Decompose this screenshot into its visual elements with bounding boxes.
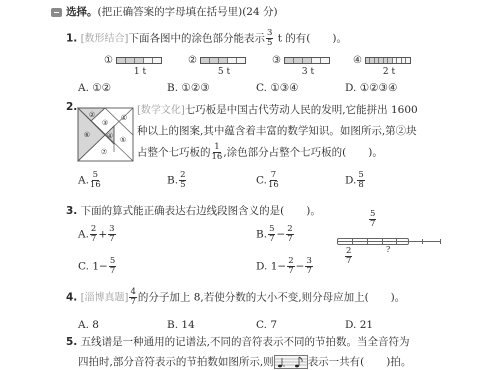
svg-text:②: ②	[89, 111, 95, 119]
figure-label: 5 t	[218, 67, 230, 77]
option-d[interactable]: D. 1−27−37	[256, 257, 314, 276]
option-a[interactable]: A. 8	[78, 319, 99, 331]
question-text: )。	[332, 33, 347, 45]
music-notes-icon	[274, 355, 308, 369]
option-b[interactable]: B.25	[167, 171, 187, 190]
question-5-line-2: 四拍时,部分音符表示的节拍数如图所示,则 表示一共有()拍。	[78, 354, 411, 369]
figure-marker: ④	[353, 55, 362, 66]
line-segment-diagram: 57 27 ?	[334, 210, 444, 265]
question-text: t 的有(	[274, 33, 310, 45]
section-badge	[51, 8, 62, 17]
svg-text:③: ③	[102, 119, 108, 127]
question-5-line-1: 5. 五线谱是一种通用的记谱法,不同的音符表示不同的节拍数。当全音符为	[66, 334, 409, 349]
option-b[interactable]: B.57−27	[256, 225, 295, 244]
question-1-stem: 1. [数形结合]下面各图中的涂色部分能表示35 t 的有()。	[66, 29, 347, 48]
bar-figure-3: ③ 3 t	[272, 55, 330, 77]
bar-figure-1: ① 1 t	[104, 55, 162, 77]
question-2-line-3: 占整个七巧板的116,涂色部分占整个七巧板的()。	[137, 143, 383, 162]
fraction: 116	[212, 143, 223, 162]
fraction: 35	[266, 29, 273, 48]
option-d[interactable]: D. 21	[345, 319, 373, 331]
bar-diagram	[116, 57, 162, 64]
option-b[interactable]: B. 14	[167, 319, 195, 331]
bar-diagram	[200, 57, 246, 64]
figure-marker: ③	[272, 55, 281, 66]
option-a[interactable]: A.27+37	[78, 225, 117, 244]
bar-diagram	[284, 57, 330, 64]
option-c[interactable]: C. 7	[256, 319, 277, 331]
figure-marker: ①	[104, 55, 113, 66]
figure-marker: ②	[188, 55, 197, 66]
svg-text:④: ④	[107, 132, 113, 140]
option-a[interactable]: A. ①②	[78, 82, 111, 94]
figure-label: 1 t	[134, 67, 146, 77]
bar-figure-4: ④ 2 t	[353, 55, 411, 77]
question-3-stem: 3. 下面的算式能正确表达右边线段图含义的是()。	[66, 203, 321, 218]
question-2-line-1: [数学文化]七巧板是中国古代劳动人民的发明,它能拼出 1600	[137, 101, 418, 117]
option-c[interactable]: C.716	[256, 171, 280, 190]
option-d[interactable]: D. ①②③④	[345, 82, 397, 94]
question-number: 1.	[66, 33, 77, 45]
question-4-stem: 4. [淄博真题]47的分子加上 8,若使分数的大小不变,则分母应加上()。	[66, 288, 405, 307]
tangram-figure: ②①③ ④⑤⑥⑦	[77, 107, 134, 162]
figure-label: 3 t	[302, 67, 314, 77]
svg-text:⑦: ⑦	[101, 148, 107, 156]
option-c[interactable]: C. 1−57	[78, 257, 117, 276]
question-number: 2.	[66, 101, 77, 113]
option-a[interactable]: A.516	[78, 171, 102, 190]
option-b[interactable]: B. ①②③	[167, 82, 210, 94]
section-title: 选择。	[66, 6, 98, 18]
section-instruction: (把正确答案的字母填在括号里)(24 分)	[98, 6, 278, 18]
figure-label: 2 t	[383, 67, 395, 77]
section-header: 选择。(把正确答案的字母填在括号里)(24 分)	[51, 4, 278, 19]
svg-text:⑤: ⑤	[120, 136, 126, 144]
bar-figure-2: ② 5 t	[188, 55, 246, 77]
option-d[interactable]: D.58	[345, 171, 366, 190]
question-2-line-2: 种以上的图案,其中蕴含着丰富的数学知识。如图所示,第②块	[137, 123, 417, 138]
svg-text:①: ①	[121, 114, 127, 122]
option-c[interactable]: C. ①③④	[256, 82, 299, 94]
question-tag: [数形结合]	[81, 34, 129, 45]
question-text: 下面各图中的涂色部分能表示	[128, 33, 265, 45]
svg-text:⑥: ⑥	[84, 131, 90, 139]
bar-diagram	[365, 57, 411, 64]
